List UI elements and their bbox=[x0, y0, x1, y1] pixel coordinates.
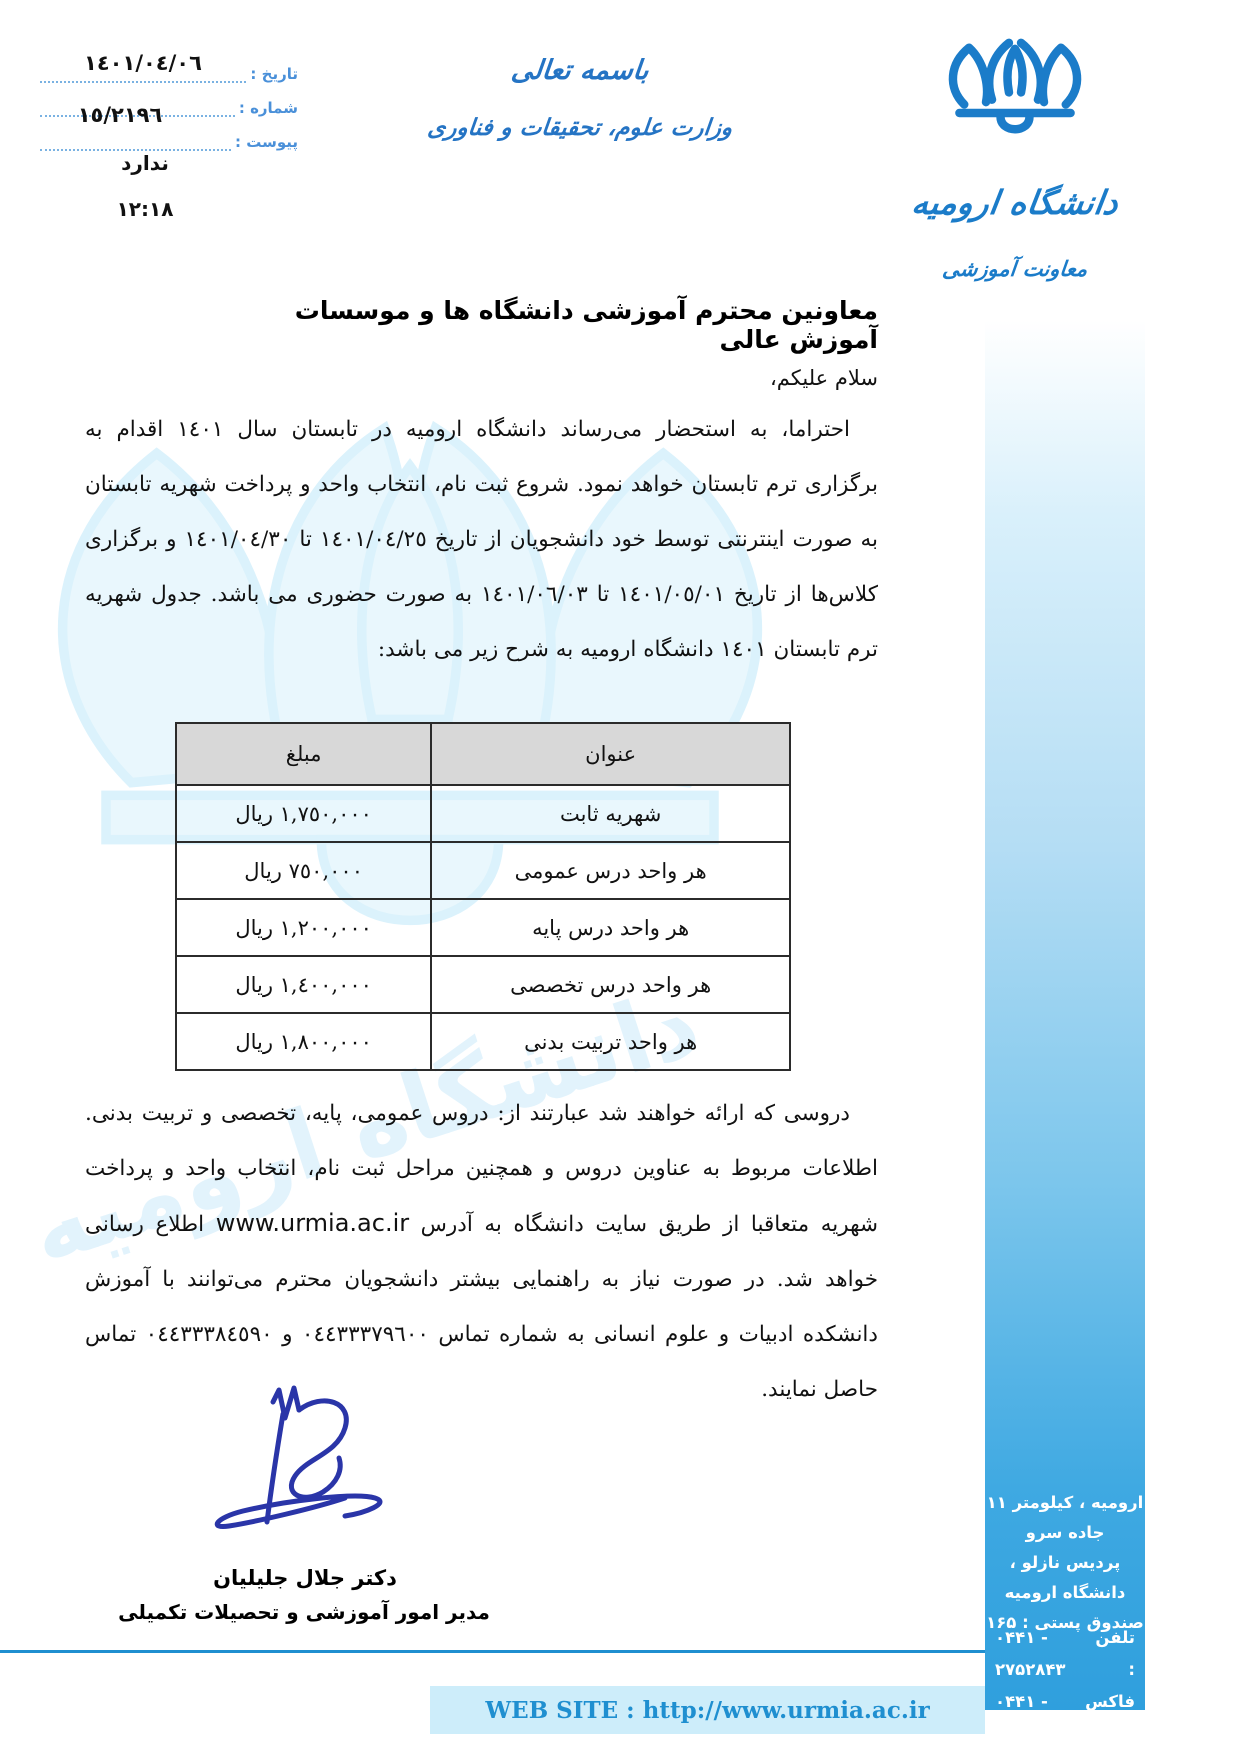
fax-line: فاکس : ۰۴۴۱ - ۲۷۵۲۸۴۲ bbox=[985, 1686, 1145, 1750]
fee-amount-cell: ١,٨٠٠,٠٠٠ ریال bbox=[176, 1013, 431, 1070]
attachment-dotted-line bbox=[40, 137, 231, 151]
fee-amount-cell: ١,٢٠٠,٠٠٠ ریال bbox=[176, 899, 431, 956]
fax-value: ۰۴۴۱ - ۲۷۵۲۸۴۲ bbox=[995, 1686, 1085, 1750]
date-label: تاریخ : bbox=[250, 65, 300, 83]
website-url[interactable]: WEB SITE : http://www.urmia.ac.ir bbox=[485, 1697, 929, 1724]
fee-title-cell: هر واحد درس تخصصی bbox=[431, 956, 790, 1013]
phone-value: ۰۴۴۱ - ۲۷۵۲۸۴۳ bbox=[995, 1622, 1095, 1686]
attachment-field: پیوست : bbox=[40, 133, 300, 151]
phone-line: تلفن : ۰۴۴۱ - ۲۷۵۲۸۴۳ bbox=[985, 1622, 1145, 1686]
table-row: هر واحد تربیت بدنی ١,٨٠٠,٠٠٠ ریال bbox=[176, 1013, 790, 1070]
tuition-fees-table: عنوان مبلغ شهریه ثابت ١,٧٥٠,٠٠٠ ریال هر … bbox=[175, 722, 791, 1071]
fee-title-cell: هر واحد تربیت بدنی bbox=[431, 1013, 790, 1070]
contact-sidebar: ارومیه ، کیلومتر ۱۱ جاده سرو پردیس نازلو… bbox=[985, 320, 1145, 1710]
department-name: معاونت آموزشی bbox=[879, 256, 1152, 281]
column-header-amount: مبلغ bbox=[176, 723, 431, 785]
fax-label: فاکس : bbox=[1085, 1686, 1135, 1750]
address-line: پردیس نازلو ، دانشگاه ارومیه bbox=[985, 1548, 1145, 1608]
website-link[interactable]: www.urmia.ac.ir bbox=[216, 1209, 409, 1237]
table-header-row: عنوان مبلغ bbox=[176, 723, 790, 785]
footer-divider bbox=[0, 1650, 985, 1653]
attachment-label: پیوست : bbox=[235, 133, 300, 151]
fee-title-cell: هر واحد درس عمومی bbox=[431, 842, 790, 899]
university-name: دانشگاه ارومیه bbox=[877, 183, 1152, 222]
number-value: ١٥/٢١٩٦ bbox=[40, 103, 200, 127]
besmele-text: باسمه تعالی bbox=[418, 55, 741, 86]
fee-title-cell: شهریه ثابت bbox=[431, 785, 790, 842]
address-line: ارومیه ، کیلومتر ۱۱ جاده سرو bbox=[985, 1488, 1145, 1548]
signatory-role: مدیر امور آموزشی و تحصیلات تکمیلی bbox=[108, 1600, 500, 1624]
address-block: ارومیه ، کیلومتر ۱۱ جاده سرو پردیس نازلو… bbox=[985, 1488, 1145, 1638]
paragraph-1: احتراما، به استحضار می‌رساند دانشگاه ارو… bbox=[85, 402, 878, 677]
date-value: ١٤٠١/٠٤/٠٦ bbox=[48, 51, 238, 75]
fee-amount-cell: ١,٧٥٠,٠٠٠ ریال bbox=[176, 785, 431, 842]
website-bar: WEB SITE : http://www.urmia.ac.ir bbox=[430, 1686, 985, 1734]
fee-title-cell: هر واحد درس پایه bbox=[431, 899, 790, 956]
phone-fax-block: تلفن : ۰۴۴۱ - ۲۷۵۲۸۴۳ فاکس : ۰۴۴۱ - ۲۷۵۲… bbox=[985, 1622, 1145, 1750]
table-row: هر واحد درس پایه ١,٢٠٠,٠٠٠ ریال bbox=[176, 899, 790, 956]
number-label: شماره : bbox=[239, 99, 300, 117]
attachment-value: ندارد bbox=[100, 151, 190, 175]
paragraph-2-after-url: اطلاع رسانی خواهد شد. در صورت نیاز به را… bbox=[85, 1212, 878, 1402]
fee-amount-cell: ١,٤٠٠,٠٠٠ ریال bbox=[176, 956, 431, 1013]
signature-scribble-icon bbox=[195, 1380, 465, 1565]
time-value: ١٢:١٨ bbox=[100, 197, 190, 221]
phone-label: تلفن : bbox=[1095, 1622, 1135, 1686]
university-logo-icon bbox=[940, 32, 1090, 177]
table-row: هر واحد درس تخصصی ١,٤٠٠,٠٠٠ ریال bbox=[176, 956, 790, 1013]
letterhead-reference-fields: تاریخ : شماره : پیوست : ١٤٠١/٠٤/٠٦ ١٥/٢١… bbox=[40, 55, 300, 235]
scanned-letter-page: دانشگاه ارومیه تاریخ : شماره : پیوست : ١… bbox=[0, 0, 1240, 1754]
salutation: سلام علیکم، bbox=[770, 366, 878, 390]
letter-title: معاونین محترم آموزشی دانشگاه ها و موسسات… bbox=[270, 296, 878, 354]
column-header-title: عنوان bbox=[431, 723, 790, 785]
table-row: هر واحد درس عمومی ٧٥٠,٠٠٠ ریال bbox=[176, 842, 790, 899]
signatory-name: دکتر جلال جلیلیان bbox=[150, 1566, 460, 1590]
fee-amount-cell: ٧٥٠,٠٠٠ ریال bbox=[176, 842, 431, 899]
paragraph-2: دروسی که ارائه خواهند شد عبارتند از: درو… bbox=[85, 1086, 878, 1417]
letterhead-center: باسمه تعالی وزارت علوم، تحقیقات و فناوری bbox=[420, 55, 740, 141]
ministry-text: وزارت علوم، تحقیقات و فناوری bbox=[419, 114, 742, 141]
table-row: شهریه ثابت ١,٧٥٠,٠٠٠ ریال bbox=[176, 785, 790, 842]
letterhead-logo-block: دانشگاه ارومیه معاونت آموزشی bbox=[880, 32, 1150, 281]
